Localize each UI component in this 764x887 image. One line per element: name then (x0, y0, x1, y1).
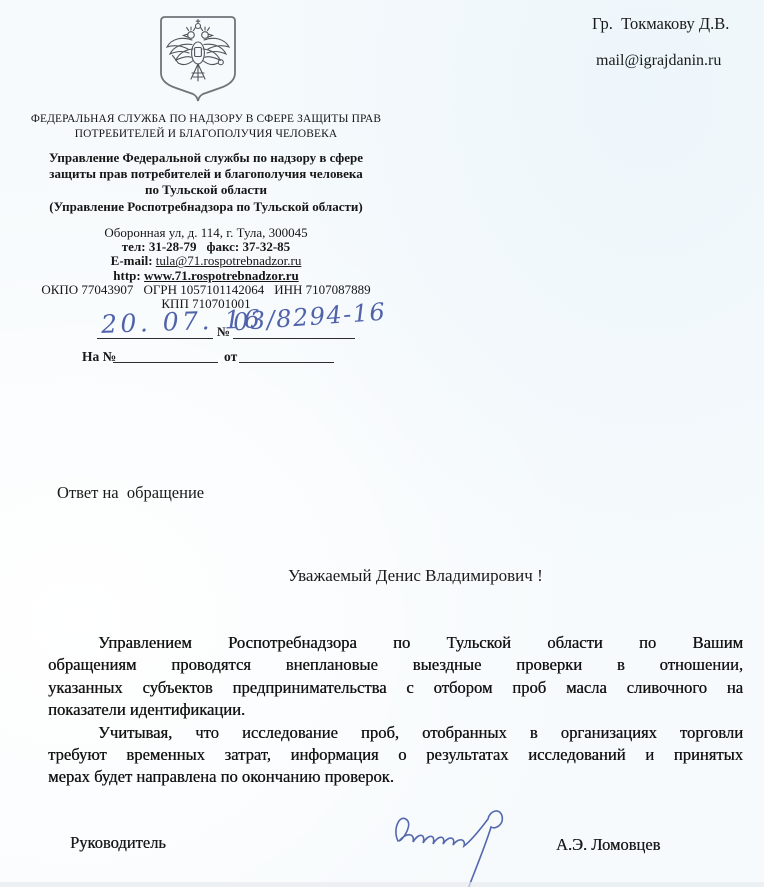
org-email-link: tula@71.rospotrebnadzor.ru (156, 253, 302, 268)
org-website-line: http: www.71.rospotrebnadzor.ru (16, 269, 396, 283)
scanned-letter-page: Гр. Токмакову Д.В. mail@igrajdanin.ru (0, 0, 764, 887)
body-line: мерах будет направлена по окончанию пров… (48, 766, 743, 788)
body-line: Управлением Роспотребнадзора по Тульской… (48, 632, 743, 654)
org-registration-numbers: ОКПО 77043907ОГРН 1057101142064ИНН 71070… (16, 283, 396, 297)
signature-scribble (388, 797, 528, 887)
russian-coat-of-arms-icon (158, 13, 238, 110)
body-line: показатели идентификации. (48, 699, 743, 721)
signer-name: А.Э. Ломовцев (556, 835, 660, 855)
org-name: Управление Федеральной службы по надзору… (16, 150, 396, 198)
signer-title: Руководитель (70, 833, 166, 853)
reply-from-label: от (224, 349, 237, 365)
scan-bottom-edge (0, 882, 764, 887)
federal-service-name: ФЕДЕРАЛЬНАЯ СЛУЖБА ПО НАДЗОРУ В СФЕРЕ ЗА… (16, 112, 396, 141)
body-paragraphs: Управлением Роспотребнадзора по Тульской… (48, 632, 743, 789)
reply-number-underline (113, 347, 218, 363)
body-line: обращениям проводятся внеплановые выездн… (48, 654, 743, 676)
org-address: Оборонная ул, д. 114, г. Тула, 300045 (16, 226, 396, 240)
org-phone-fax: тел: 31-28-79факс: 37-32-85 (16, 240, 396, 254)
salutation: Уважаемый Денис Владимирович ! (288, 566, 543, 586)
org-contact-block: Оборонная ул, д. 114, г. Тула, 300045 те… (16, 226, 396, 311)
org-website-link: www.71.rospotrebnadzor.ru (144, 268, 299, 283)
recipient-email: mail@igrajdanin.ru (596, 52, 721, 70)
letterhead: ФЕДЕРАЛЬНАЯ СЛУЖБА ПО НАДЗОРУ В СФЕРЕ ЗА… (16, 112, 396, 311)
reply-date-underline (239, 347, 334, 363)
org-short-name: (Управление Роспотребнадзора по Тульской… (16, 199, 396, 215)
body-line: требуют временных затрат, информация о р… (48, 744, 743, 766)
body-line: указанных субъектов предпринимательства … (48, 677, 743, 699)
org-email-line: E-mail: tula@71.rospotrebnadzor.ru (16, 254, 396, 268)
body-line: Учитывая, что исследование проб, отобран… (48, 722, 743, 744)
subject-line: Ответ на обращение (57, 483, 204, 503)
recipient-name: Гр. Токмакову Д.В. (592, 14, 729, 34)
reply-to-label: На № (82, 349, 116, 365)
number-sign: № (217, 324, 230, 340)
